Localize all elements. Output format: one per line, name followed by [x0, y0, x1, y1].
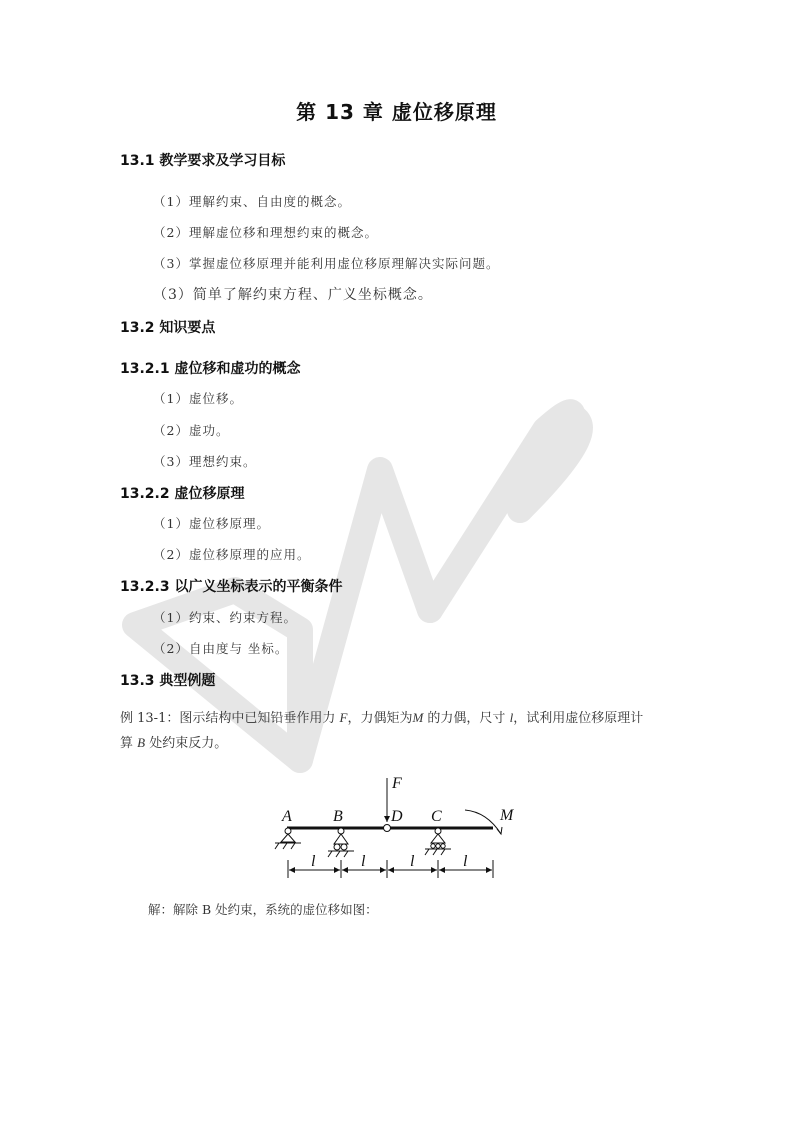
pin-support-a: [275, 828, 301, 849]
list-item: （3）掌握虚位移原理并能利用虚位移原理解决实际问题。: [153, 254, 499, 272]
hinge-d: [384, 825, 391, 832]
list-item: （1）理解约束、自由度的概念。: [153, 192, 351, 210]
svg-text:M: M: [499, 807, 515, 824]
subsection-heading-13-2-3: 13.2.3 以广义坐标表示的平衡条件: [120, 576, 342, 596]
svg-text:l: l: [410, 853, 415, 870]
list-item: （1）虚位移。: [153, 389, 243, 407]
list-item: （1）约束、约束方程。: [153, 608, 297, 626]
roller-support-c: [425, 828, 451, 855]
svg-text:D: D: [390, 808, 403, 825]
svg-text:l: l: [361, 853, 366, 870]
svg-text:l: l: [311, 853, 316, 870]
svg-text:B: B: [333, 808, 343, 825]
subsection-heading-13-2-1: 13.2.1 虚位移和虚功的概念: [120, 358, 300, 378]
document-page: 第 13 章 虚位移原理 13.1 教学要求及学习目标 （1）理解约束、自由度的…: [0, 0, 793, 1122]
svg-text:A: A: [281, 808, 292, 825]
section-heading-13-2: 13.2 知识要点: [120, 317, 215, 337]
svg-text:C: C: [431, 808, 442, 825]
section-heading-13-3: 13.3 典型例题: [120, 670, 215, 690]
list-item: （2）虚功。: [153, 421, 229, 439]
roller-support-b: [328, 828, 354, 857]
subsection-heading-13-2-2: 13.2.2 虚位移原理: [120, 483, 244, 503]
list-item: （3）理想约束。: [153, 452, 256, 470]
svg-text:l: l: [463, 853, 468, 870]
section-heading-13-1: 13.1 教学要求及学习目标: [120, 150, 285, 170]
list-item: （1）虚位移原理。: [153, 514, 270, 532]
list-item: （3）简单了解约束方程、广义坐标概念。: [153, 284, 433, 304]
list-item: （2）虚位移原理的应用。: [153, 545, 310, 563]
solution-text: 解：解除 B 处约束，系统的虚位移如图：: [148, 900, 378, 918]
list-item: （2）自由度与 坐标。: [153, 639, 288, 657]
svg-text:F: F: [391, 775, 402, 792]
list-item: （2）理解虚位移和理想约束的概念。: [153, 223, 378, 241]
example-problem: 例 13-1：图示结构中已知铅垂作用力 F，力偶矩为M 的力偶，尺寸 l，试利用…: [120, 706, 680, 756]
beam-diagram: F D A B C M: [265, 768, 535, 880]
moment-arc: [465, 810, 501, 834]
chapter-title: 第 13 章 虚位移原理: [0, 96, 793, 125]
